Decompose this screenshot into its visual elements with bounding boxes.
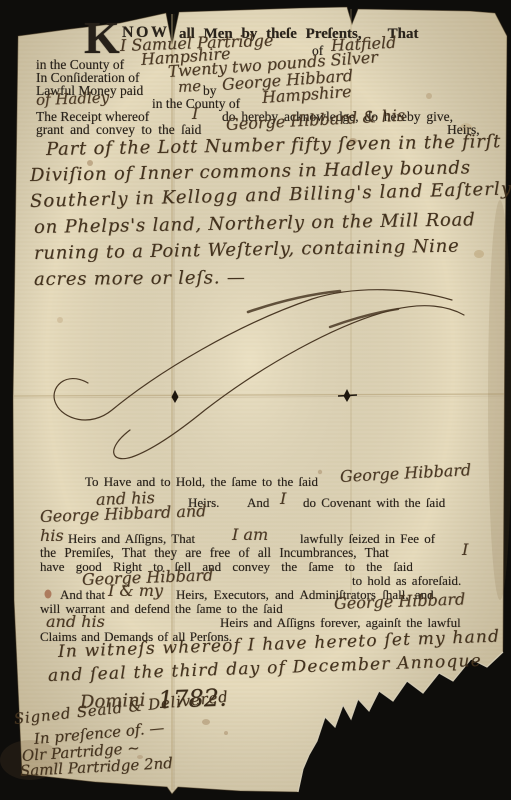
and-word: And: [247, 496, 269, 510]
me-script: me: [178, 79, 202, 96]
i-am-script: I am: [232, 527, 268, 544]
grantee-name-3: George Hibbard and: [40, 503, 207, 526]
grant-label: grant and convey to the ſaid: [36, 123, 201, 137]
habendum-line: To Have and to Hold, the ſame to the ſai…: [85, 475, 318, 489]
and-that-label: And that: [60, 588, 105, 602]
description-line: acres more or leſs. —: [34, 269, 246, 290]
receipt-pronoun: I: [192, 106, 198, 123]
description-line: on Phelps's land, Northerly on the Mill …: [34, 211, 476, 238]
covenant-pronoun: I: [280, 491, 286, 508]
county-name-2: Hampshire: [261, 84, 352, 107]
forever-label: Heirs and Aſſigns forever, againſt the l…: [220, 616, 461, 630]
deed-text: K NOW all Men by theſe Preſents,That I S…: [0, 0, 511, 800]
description-line: Part of the Lott Number fifty ſeven in t…: [46, 133, 501, 160]
dropcap-initial: K: [84, 20, 120, 57]
grantee-town: of Hadley: [36, 90, 110, 108]
grantee-name-2: George Hibbard: [340, 462, 472, 486]
assigns-label: Heirs and Aſſigns, That: [68, 532, 195, 546]
premises-label: the Premiſes, That they are free of all …: [40, 546, 389, 560]
seized-label: lawfully ſeized in Fee of: [300, 532, 435, 546]
that-i-script: I: [462, 542, 468, 559]
i-and-my-script: I & my: [108, 583, 163, 600]
his-script: his: [40, 528, 64, 545]
grantee-name-5: George Hibbard: [334, 591, 466, 612]
description-line: runing to a Point Weſterly, containing N…: [34, 238, 460, 264]
covenant-label: do Covenant with the ſaid: [303, 496, 445, 510]
aforesaid-label: to hold as aforeſaid.: [352, 574, 461, 588]
deed-document-scan: K NOW all Men by theſe Preſents,That I S…: [0, 0, 511, 800]
